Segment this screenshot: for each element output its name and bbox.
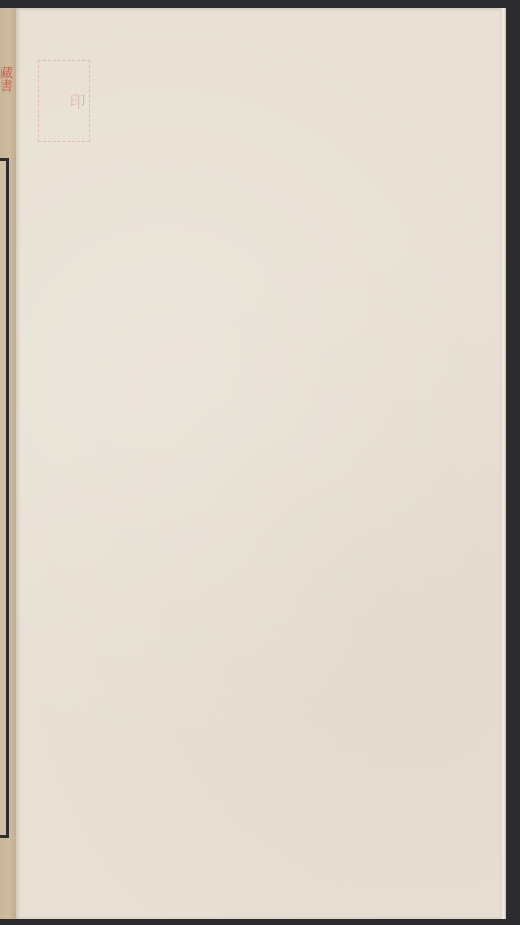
printed-frame-border xyxy=(0,158,9,838)
blank-book-page: 印 xyxy=(16,8,506,920)
faint-offset-seal-mark: 印 xyxy=(38,60,90,142)
scan-right-border xyxy=(506,8,520,920)
scan-bottom-border xyxy=(0,919,520,925)
red-seal-stamp: 藏書 xyxy=(0,66,15,156)
adjacent-left-page-edge: 藏書 xyxy=(0,8,16,919)
scan-top-border xyxy=(0,0,520,8)
